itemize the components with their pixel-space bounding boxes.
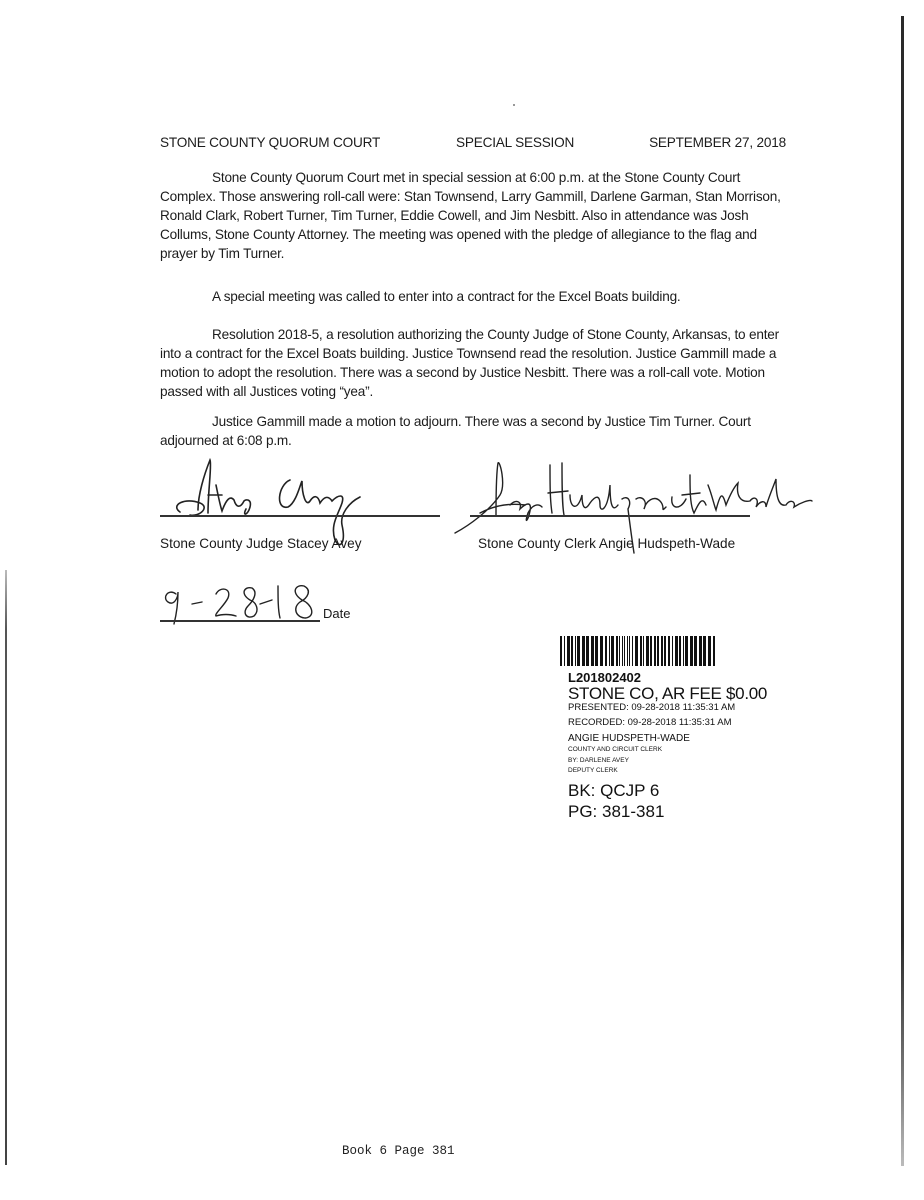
clerk-signature-line xyxy=(470,515,750,517)
clerk-signature-block: Stone County Clerk Angie Hudspeth-Wade xyxy=(450,455,870,560)
meeting-date: SEPTEMBER 27, 2018 xyxy=(649,133,786,152)
paragraph-adjourn: Justice Gammill made a motion to adjourn… xyxy=(160,412,790,450)
judge-signature-line xyxy=(160,515,440,517)
scan-edge-left xyxy=(5,570,7,1165)
page-range: PG: 381-381 xyxy=(568,802,664,822)
deputy-title: DEPUTY CLERK xyxy=(568,767,618,774)
deputy-name: BY: DARLENE AVEY xyxy=(568,757,629,764)
book-number: BK: QCJP 6 xyxy=(568,781,659,801)
session-type: SPECIAL SESSION xyxy=(456,133,574,152)
paragraph-roll-call: Stone County Quorum Court met in special… xyxy=(160,168,790,263)
barcode-icon xyxy=(560,636,736,666)
county-fee: STONE CO, AR FEE $0.00 xyxy=(568,684,767,704)
handwritten-date-icon xyxy=(160,580,320,625)
instrument-number: L201802402 xyxy=(568,670,641,685)
clerk-name: ANGIE HUDSPETH-WADE xyxy=(568,733,690,744)
clerk-title: COUNTY AND CIRCUIT CLERK xyxy=(568,746,662,753)
paragraph-resolution: Resolution 2018-5, a resolution authoriz… xyxy=(160,325,790,401)
paragraph-purpose: A special meeting was called to enter in… xyxy=(160,287,790,306)
judge-signature-block: Stone County Judge Stacey Avey xyxy=(160,455,440,560)
date-label: Date xyxy=(323,606,350,621)
judge-signature-caption: Stone County Judge Stacey Avey xyxy=(160,536,362,551)
recorded-timestamp: RECORDED: 09-28-2018 11:35:31 AM xyxy=(568,717,732,728)
clerk-signature-caption: Stone County Clerk Angie Hudspeth-Wade xyxy=(478,536,735,551)
page-footer: Book 6 Page 381 xyxy=(342,1144,455,1158)
document-header: STONE COUNTY QUORUM COURT SPECIAL SESSIO… xyxy=(160,133,790,153)
date-line xyxy=(160,620,320,622)
date-field: Date xyxy=(160,580,380,630)
scan-speck xyxy=(513,104,515,106)
scan-edge-right xyxy=(901,16,904,1166)
court-name: STONE COUNTY QUORUM COURT xyxy=(160,133,380,152)
presented-timestamp: PRESENTED: 09-28-2018 11:35:31 AM xyxy=(568,702,735,713)
